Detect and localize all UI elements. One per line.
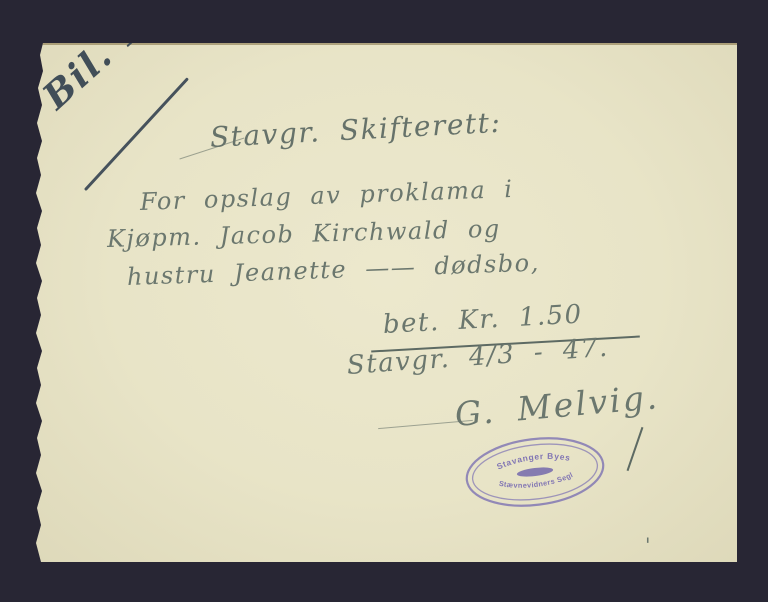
date-line: Stavgr. 4/3 - 47. [346, 333, 610, 381]
receipt-heading: Stavgr. Skifterett: [209, 106, 502, 154]
handwriting-line-3: hustru Jeanette —— dødsbo, [127, 249, 541, 291]
stray-pen-mark: ' [645, 533, 651, 557]
annotation-label: Bil. 1 [35, 6, 152, 117]
official-stamp: Stavanger Byes Stævnevidners Segl [458, 426, 612, 517]
annotation-slash-stroke [84, 77, 189, 191]
signature-tail-stroke [627, 427, 644, 471]
handwriting-line-1: For opslag av proklama i [140, 175, 514, 216]
amount-line: bet. Kr. 1.50 [382, 300, 583, 340]
signature: G. Melvig. [453, 377, 660, 434]
scan-background: { "palette": { "scan_background": "#2826… [0, 0, 768, 602]
handwriting-line-2: Kjøpm. Jacob Kirchwald og [107, 215, 501, 253]
receipt-paper: Bil. 1 Stavgr. Skifterett: For opslag av… [35, 43, 737, 562]
stamp-center-emblem [516, 466, 553, 478]
